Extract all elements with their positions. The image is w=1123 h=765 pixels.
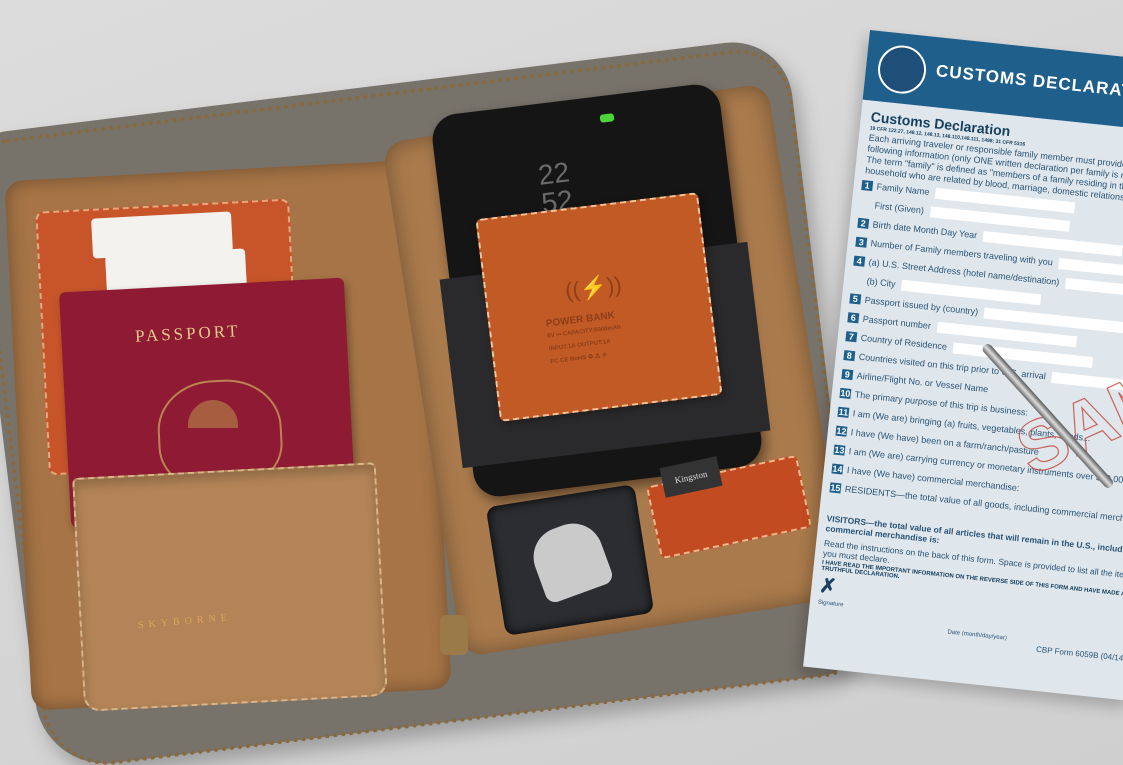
front-pocket — [72, 462, 388, 712]
power-bank-label: POWER BANK 5V ⎓ CAPACITY:5000mAh INPUT:1… — [545, 309, 625, 370]
item-number: 3 — [855, 237, 867, 248]
date-label: Date (month/day/year) — [947, 629, 1007, 641]
item-number: 11 — [837, 407, 849, 418]
item-label: First (Given) — [874, 200, 924, 215]
item-label: Passport issued by (country) — [864, 295, 978, 317]
item-field[interactable] — [1065, 278, 1123, 304]
item-number: 9 — [841, 369, 853, 380]
item-number: 1 — [861, 180, 873, 191]
zipper-pull — [440, 615, 468, 655]
item-label: Country of Residence — [860, 333, 947, 352]
item-number: 12 — [835, 426, 847, 437]
item-number: 5 — [849, 293, 861, 304]
item-number: 7 — [845, 331, 857, 342]
item-number: 6 — [847, 312, 859, 323]
item-label: Family Name — [876, 182, 930, 197]
item-number: 13 — [833, 445, 845, 456]
signature-label: Signature — [818, 600, 844, 609]
item-label: Birth date Month Day Year — [872, 219, 978, 240]
form-number: CBP Form 6059B (04/14) — [1036, 645, 1123, 663]
item-number: 14 — [831, 463, 843, 474]
item-label: (b) City — [866, 276, 896, 289]
signature-x-icon: ✗ — [818, 573, 837, 600]
power-bank-pocket — [475, 192, 722, 422]
customs-declaration-form: CUSTOMS DECLARATION Customs Declaration … — [803, 30, 1123, 701]
item-number: 4 — [853, 256, 865, 267]
item-number: 15 — [829, 482, 841, 493]
item-number: 10 — [839, 388, 851, 399]
item-number: 2 — [857, 218, 869, 229]
item-label: Passport number — [862, 314, 931, 331]
item-number: 8 — [843, 350, 855, 361]
